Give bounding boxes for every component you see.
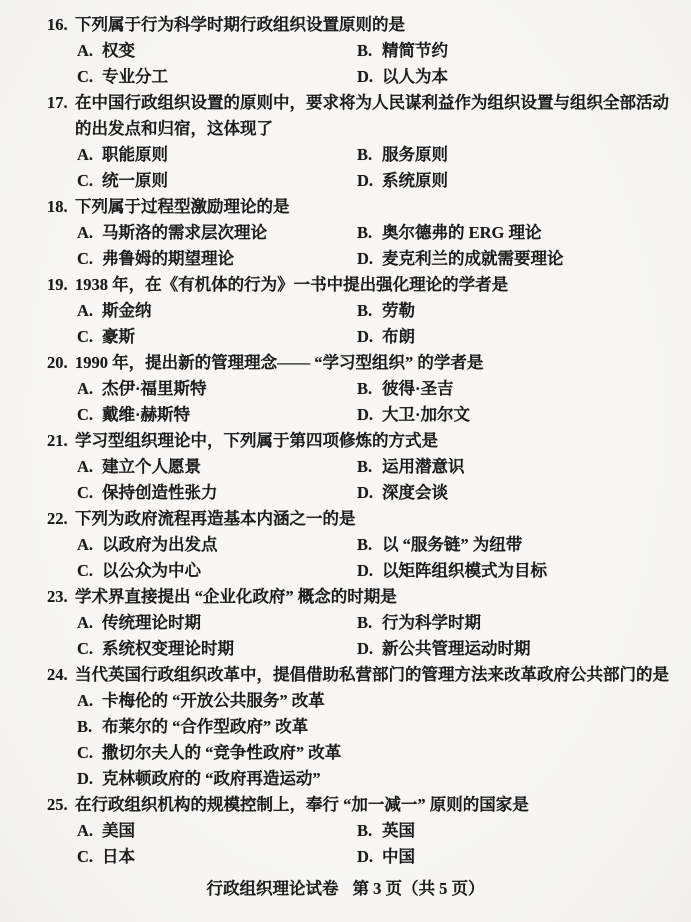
option-d: D.中国 <box>357 844 671 870</box>
option-text: 权变 <box>102 38 357 64</box>
option-text: 深度会谈 <box>382 480 671 506</box>
exam-page: 16. 下列属于行为科学时期行政组织设置原则的是 A.权变 B.精简节约 C.专… <box>0 0 691 922</box>
options-grid: A.传统理论时期 B.行为科学时期 C.系统权变理论时期 D.新公共管理运动时期 <box>0 610 691 662</box>
option-letter: C. <box>77 740 102 766</box>
option-b: B.以 “服务链” 为纽带 <box>357 532 671 558</box>
exam-title: 行政组织理论试卷 <box>207 879 339 898</box>
question-text: 下列属于行为科学时期行政组织设置原则的是 <box>75 12 669 38</box>
options-grid: A.美国 B.英国 C.日本 D.中国 <box>0 818 691 870</box>
option-text: 斯金纳 <box>102 298 357 324</box>
option-text: 职能原则 <box>102 142 357 168</box>
question-number: 22. <box>47 506 75 532</box>
option-letter: D. <box>357 246 382 272</box>
options-grid: A.职能原则 B.服务原则 C.统一原则 D.系统原则 <box>0 142 691 194</box>
option-text: 大卫·加尔文 <box>382 402 671 428</box>
question-line: 18. 下列属于过程型激励理论的是 <box>0 194 691 220</box>
question-text: 下列属于过程型激励理论的是 <box>75 194 669 220</box>
question-number: 24. <box>47 662 75 688</box>
option-letter: C. <box>77 402 102 428</box>
page-footer: 行政组织理论试卷第 3 页（共 5 页） <box>0 876 691 902</box>
question-line: 21. 学习型组织理论中，下列属于第四项修炼的方式是 <box>0 428 691 454</box>
option-text: 系统权变理论时期 <box>102 636 357 662</box>
option-a: A.职能原则 <box>77 142 357 168</box>
option-text: 豪斯 <box>102 324 357 350</box>
option-letter: B. <box>357 610 382 636</box>
option-text: 奥尔德弗的 ERG 理论 <box>382 220 671 246</box>
question-line: 23. 学术界直接提出 “企业化政府” 概念的时期是 <box>0 584 691 610</box>
option-letter: B. <box>357 376 382 402</box>
question-number: 19. <box>47 272 75 298</box>
question-22: 22. 下列为政府流程再造基本内涵之一的是 A.以政府为出发点 B.以 “服务链… <box>0 506 691 584</box>
option-text: 专业分工 <box>102 64 357 90</box>
option-text: 弗鲁姆的期望理论 <box>102 246 357 272</box>
option-text: 日本 <box>102 844 357 870</box>
page-number: 第 3 页（共 5 页） <box>353 879 485 898</box>
option-letter: C. <box>77 168 102 194</box>
option-letter: B. <box>357 818 382 844</box>
option-letter: B. <box>357 532 382 558</box>
option-text: 戴维·赫斯特 <box>102 402 357 428</box>
option-b: B.英国 <box>357 818 671 844</box>
question-line: 22. 下列为政府流程再造基本内涵之一的是 <box>0 506 691 532</box>
option-d: D.大卫·加尔文 <box>357 402 671 428</box>
option-letter: A. <box>77 38 102 64</box>
option-letter: D. <box>357 844 382 870</box>
option-text: 运用潜意识 <box>382 454 671 480</box>
option-text: 统一原则 <box>102 168 357 194</box>
option-c: C.日本 <box>77 844 357 870</box>
option-a: A.权变 <box>77 38 357 64</box>
option-b: B.行为科学时期 <box>357 610 671 636</box>
options-grid: A.建立个人愿景 B.运用潜意识 C.保持创造性张力 D.深度会谈 <box>0 454 691 506</box>
option-letter: C. <box>77 844 102 870</box>
option-c: C.戴维·赫斯特 <box>77 402 357 428</box>
options-grid: A.斯金纳 B.劳勒 C.豪斯 D.布朗 <box>0 298 691 350</box>
question-number: 25. <box>47 792 75 818</box>
option-text: 卡梅伦的 “开放公共服务” 改革 <box>102 688 671 714</box>
options-grid: A.马斯洛的需求层次理论 B.奥尔德弗的 ERG 理论 C.弗鲁姆的期望理论 D… <box>0 220 691 272</box>
question-text: 在中国行政组织设置的原则中，要求将为人民谋利益作为组织设置与组织全部活动的出发点… <box>75 90 669 142</box>
options-grid: A.以政府为出发点 B.以 “服务链” 为纽带 C.以公众为中心 D.以矩阵组织… <box>0 532 691 584</box>
option-c: C.弗鲁姆的期望理论 <box>77 246 357 272</box>
option-text: 建立个人愿景 <box>102 454 357 480</box>
question-line: 19. 1938 年，在《有机体的行为》一书中提出强化理论的学者是 <box>0 272 691 298</box>
option-c: C.以公众为中心 <box>77 558 357 584</box>
option-letter: A. <box>77 298 102 324</box>
option-a: A.杰伊·福里斯特 <box>77 376 357 402</box>
question-number: 17. <box>47 90 75 142</box>
question-text: 下列为政府流程再造基本内涵之一的是 <box>75 506 669 532</box>
question-number: 20. <box>47 350 75 376</box>
question-18: 18. 下列属于过程型激励理论的是 A.马斯洛的需求层次理论 B.奥尔德弗的 E… <box>0 194 691 272</box>
option-c: C.撒切尔夫人的 “竞争性政府” 改革 <box>77 740 671 766</box>
question-number: 18. <box>47 194 75 220</box>
option-text: 服务原则 <box>382 142 671 168</box>
option-d: D.克林顿政府的 “政府再造运动” <box>77 766 671 792</box>
question-16: 16. 下列属于行为科学时期行政组织设置原则的是 A.权变 B.精简节约 C.专… <box>0 12 691 90</box>
option-a: A.以政府为出发点 <box>77 532 357 558</box>
option-text: 以政府为出发点 <box>102 532 357 558</box>
option-letter: B. <box>77 714 102 740</box>
option-text: 行为科学时期 <box>382 610 671 636</box>
option-text: 传统理论时期 <box>102 610 357 636</box>
option-letter: A. <box>77 688 102 714</box>
option-b: B.精简节约 <box>357 38 671 64</box>
option-c: C.系统权变理论时期 <box>77 636 357 662</box>
question-text: 在行政组织机构的规模控制上，奉行 “加一减一” 原则的国家是 <box>75 792 669 818</box>
question-25: 25. 在行政组织机构的规模控制上，奉行 “加一减一” 原则的国家是 A.美国 … <box>0 792 691 870</box>
option-d: D.系统原则 <box>357 168 671 194</box>
option-letter: C. <box>77 636 102 662</box>
option-letter: B. <box>357 38 382 64</box>
option-text: 彼得·圣吉 <box>382 376 671 402</box>
option-b: B.彼得·圣吉 <box>357 376 671 402</box>
option-c: C.统一原则 <box>77 168 357 194</box>
option-letter: D. <box>357 402 382 428</box>
option-a: A.传统理论时期 <box>77 610 357 636</box>
option-letter: A. <box>77 818 102 844</box>
option-a: A.斯金纳 <box>77 298 357 324</box>
question-20: 20. 1990 年，提出新的管理理念—— “学习型组织” 的学者是 A.杰伊·… <box>0 350 691 428</box>
option-letter: C. <box>77 246 102 272</box>
option-b: B.布莱尔的 “合作型政府” 改革 <box>77 714 671 740</box>
option-b: B.劳勒 <box>357 298 671 324</box>
option-text: 保持创造性张力 <box>102 480 357 506</box>
option-text: 布莱尔的 “合作型政府” 改革 <box>102 714 671 740</box>
question-line: 20. 1990 年，提出新的管理理念—— “学习型组织” 的学者是 <box>0 350 691 376</box>
question-text: 学习型组织理论中，下列属于第四项修炼的方式是 <box>75 428 669 454</box>
option-letter: C. <box>77 558 102 584</box>
question-line: 16. 下列属于行为科学时期行政组织设置原则的是 <box>0 12 691 38</box>
question-text: 1938 年，在《有机体的行为》一书中提出强化理论的学者是 <box>75 272 669 298</box>
option-text: 中国 <box>382 844 671 870</box>
option-text: 以人为本 <box>382 64 671 90</box>
question-line: 17. 在中国行政组织设置的原则中，要求将为人民谋利益作为组织设置与组织全部活动… <box>0 90 691 142</box>
question-line: 25. 在行政组织机构的规模控制上，奉行 “加一减一” 原则的国家是 <box>0 792 691 818</box>
option-letter: D. <box>77 766 102 792</box>
question-21: 21. 学习型组织理论中，下列属于第四项修炼的方式是 A.建立个人愿景 B.运用… <box>0 428 691 506</box>
option-letter: B. <box>357 142 382 168</box>
option-b: B.运用潜意识 <box>357 454 671 480</box>
option-d: D.布朗 <box>357 324 671 350</box>
option-letter: A. <box>77 532 102 558</box>
options-grid: A.杰伊·福里斯特 B.彼得·圣吉 C.戴维·赫斯特 D.大卫·加尔文 <box>0 376 691 428</box>
question-number: 23. <box>47 584 75 610</box>
question-text: 1990 年，提出新的管理理念—— “学习型组织” 的学者是 <box>75 350 669 376</box>
question-17: 17. 在中国行政组织设置的原则中，要求将为人民谋利益作为组织设置与组织全部活动… <box>0 90 691 194</box>
question-23: 23. 学术界直接提出 “企业化政府” 概念的时期是 A.传统理论时期 B.行为… <box>0 584 691 662</box>
question-number: 16. <box>47 12 75 38</box>
option-a: A.美国 <box>77 818 357 844</box>
option-a: A.马斯洛的需求层次理论 <box>77 220 357 246</box>
option-text: 以矩阵组织模式为目标 <box>382 558 671 584</box>
option-letter: D. <box>357 480 382 506</box>
option-letter: D. <box>357 558 382 584</box>
option-c: C.专业分工 <box>77 64 357 90</box>
option-text: 以 “服务链” 为纽带 <box>382 532 671 558</box>
option-text: 劳勒 <box>382 298 671 324</box>
option-letter: D. <box>357 324 382 350</box>
option-c: C.保持创造性张力 <box>77 480 357 506</box>
option-text: 新公共管理运动时期 <box>382 636 671 662</box>
option-text: 马斯洛的需求层次理论 <box>102 220 357 246</box>
option-b: B.服务原则 <box>357 142 671 168</box>
option-letter: B. <box>357 298 382 324</box>
option-letter: B. <box>357 454 382 480</box>
option-letter: C. <box>77 324 102 350</box>
option-letter: C. <box>77 64 102 90</box>
option-c: C.豪斯 <box>77 324 357 350</box>
option-b: B.奥尔德弗的 ERG 理论 <box>357 220 671 246</box>
options-list: A.卡梅伦的 “开放公共服务” 改革 B.布莱尔的 “合作型政府” 改革 C.撒… <box>0 688 691 792</box>
option-letter: A. <box>77 220 102 246</box>
option-text: 美国 <box>102 818 357 844</box>
option-text: 克林顿政府的 “政府再造运动” <box>102 766 671 792</box>
option-text: 以公众为中心 <box>102 558 357 584</box>
option-d: D.以矩阵组织模式为目标 <box>357 558 671 584</box>
options-grid: A.权变 B.精简节约 C.专业分工 D.以人为本 <box>0 38 691 90</box>
option-letter: D. <box>357 168 382 194</box>
question-text: 当代英国行政组织改革中，提倡借助私营部门的管理方法来改革政府公共部门的是 <box>75 662 669 688</box>
option-text: 杰伊·福里斯特 <box>102 376 357 402</box>
question-line: 24. 当代英国行政组织改革中，提倡借助私营部门的管理方法来改革政府公共部门的是 <box>0 662 691 688</box>
option-letter: D. <box>357 64 382 90</box>
option-d: D.新公共管理运动时期 <box>357 636 671 662</box>
question-text: 学术界直接提出 “企业化政府” 概念的时期是 <box>75 584 669 610</box>
option-a: A.卡梅伦的 “开放公共服务” 改革 <box>77 688 671 714</box>
option-d: D.深度会谈 <box>357 480 671 506</box>
option-d: D.麦克利兰的成就需要理论 <box>357 246 671 272</box>
question-number: 21. <box>47 428 75 454</box>
option-letter: C. <box>77 480 102 506</box>
option-text: 撒切尔夫人的 “竞争性政府” 改革 <box>102 740 671 766</box>
question-19: 19. 1938 年，在《有机体的行为》一书中提出强化理论的学者是 A.斯金纳 … <box>0 272 691 350</box>
question-24: 24. 当代英国行政组织改革中，提倡借助私营部门的管理方法来改革政府公共部门的是… <box>0 662 691 792</box>
option-text: 系统原则 <box>382 168 671 194</box>
option-text: 麦克利兰的成就需要理论 <box>382 246 671 272</box>
option-text: 英国 <box>382 818 671 844</box>
option-letter: B. <box>357 220 382 246</box>
option-letter: D. <box>357 636 382 662</box>
option-text: 布朗 <box>382 324 671 350</box>
option-a: A.建立个人愿景 <box>77 454 357 480</box>
option-letter: A. <box>77 142 102 168</box>
option-letter: A. <box>77 376 102 402</box>
option-text: 精简节约 <box>382 38 671 64</box>
option-letter: A. <box>77 610 102 636</box>
option-d: D.以人为本 <box>357 64 671 90</box>
option-letter: A. <box>77 454 102 480</box>
